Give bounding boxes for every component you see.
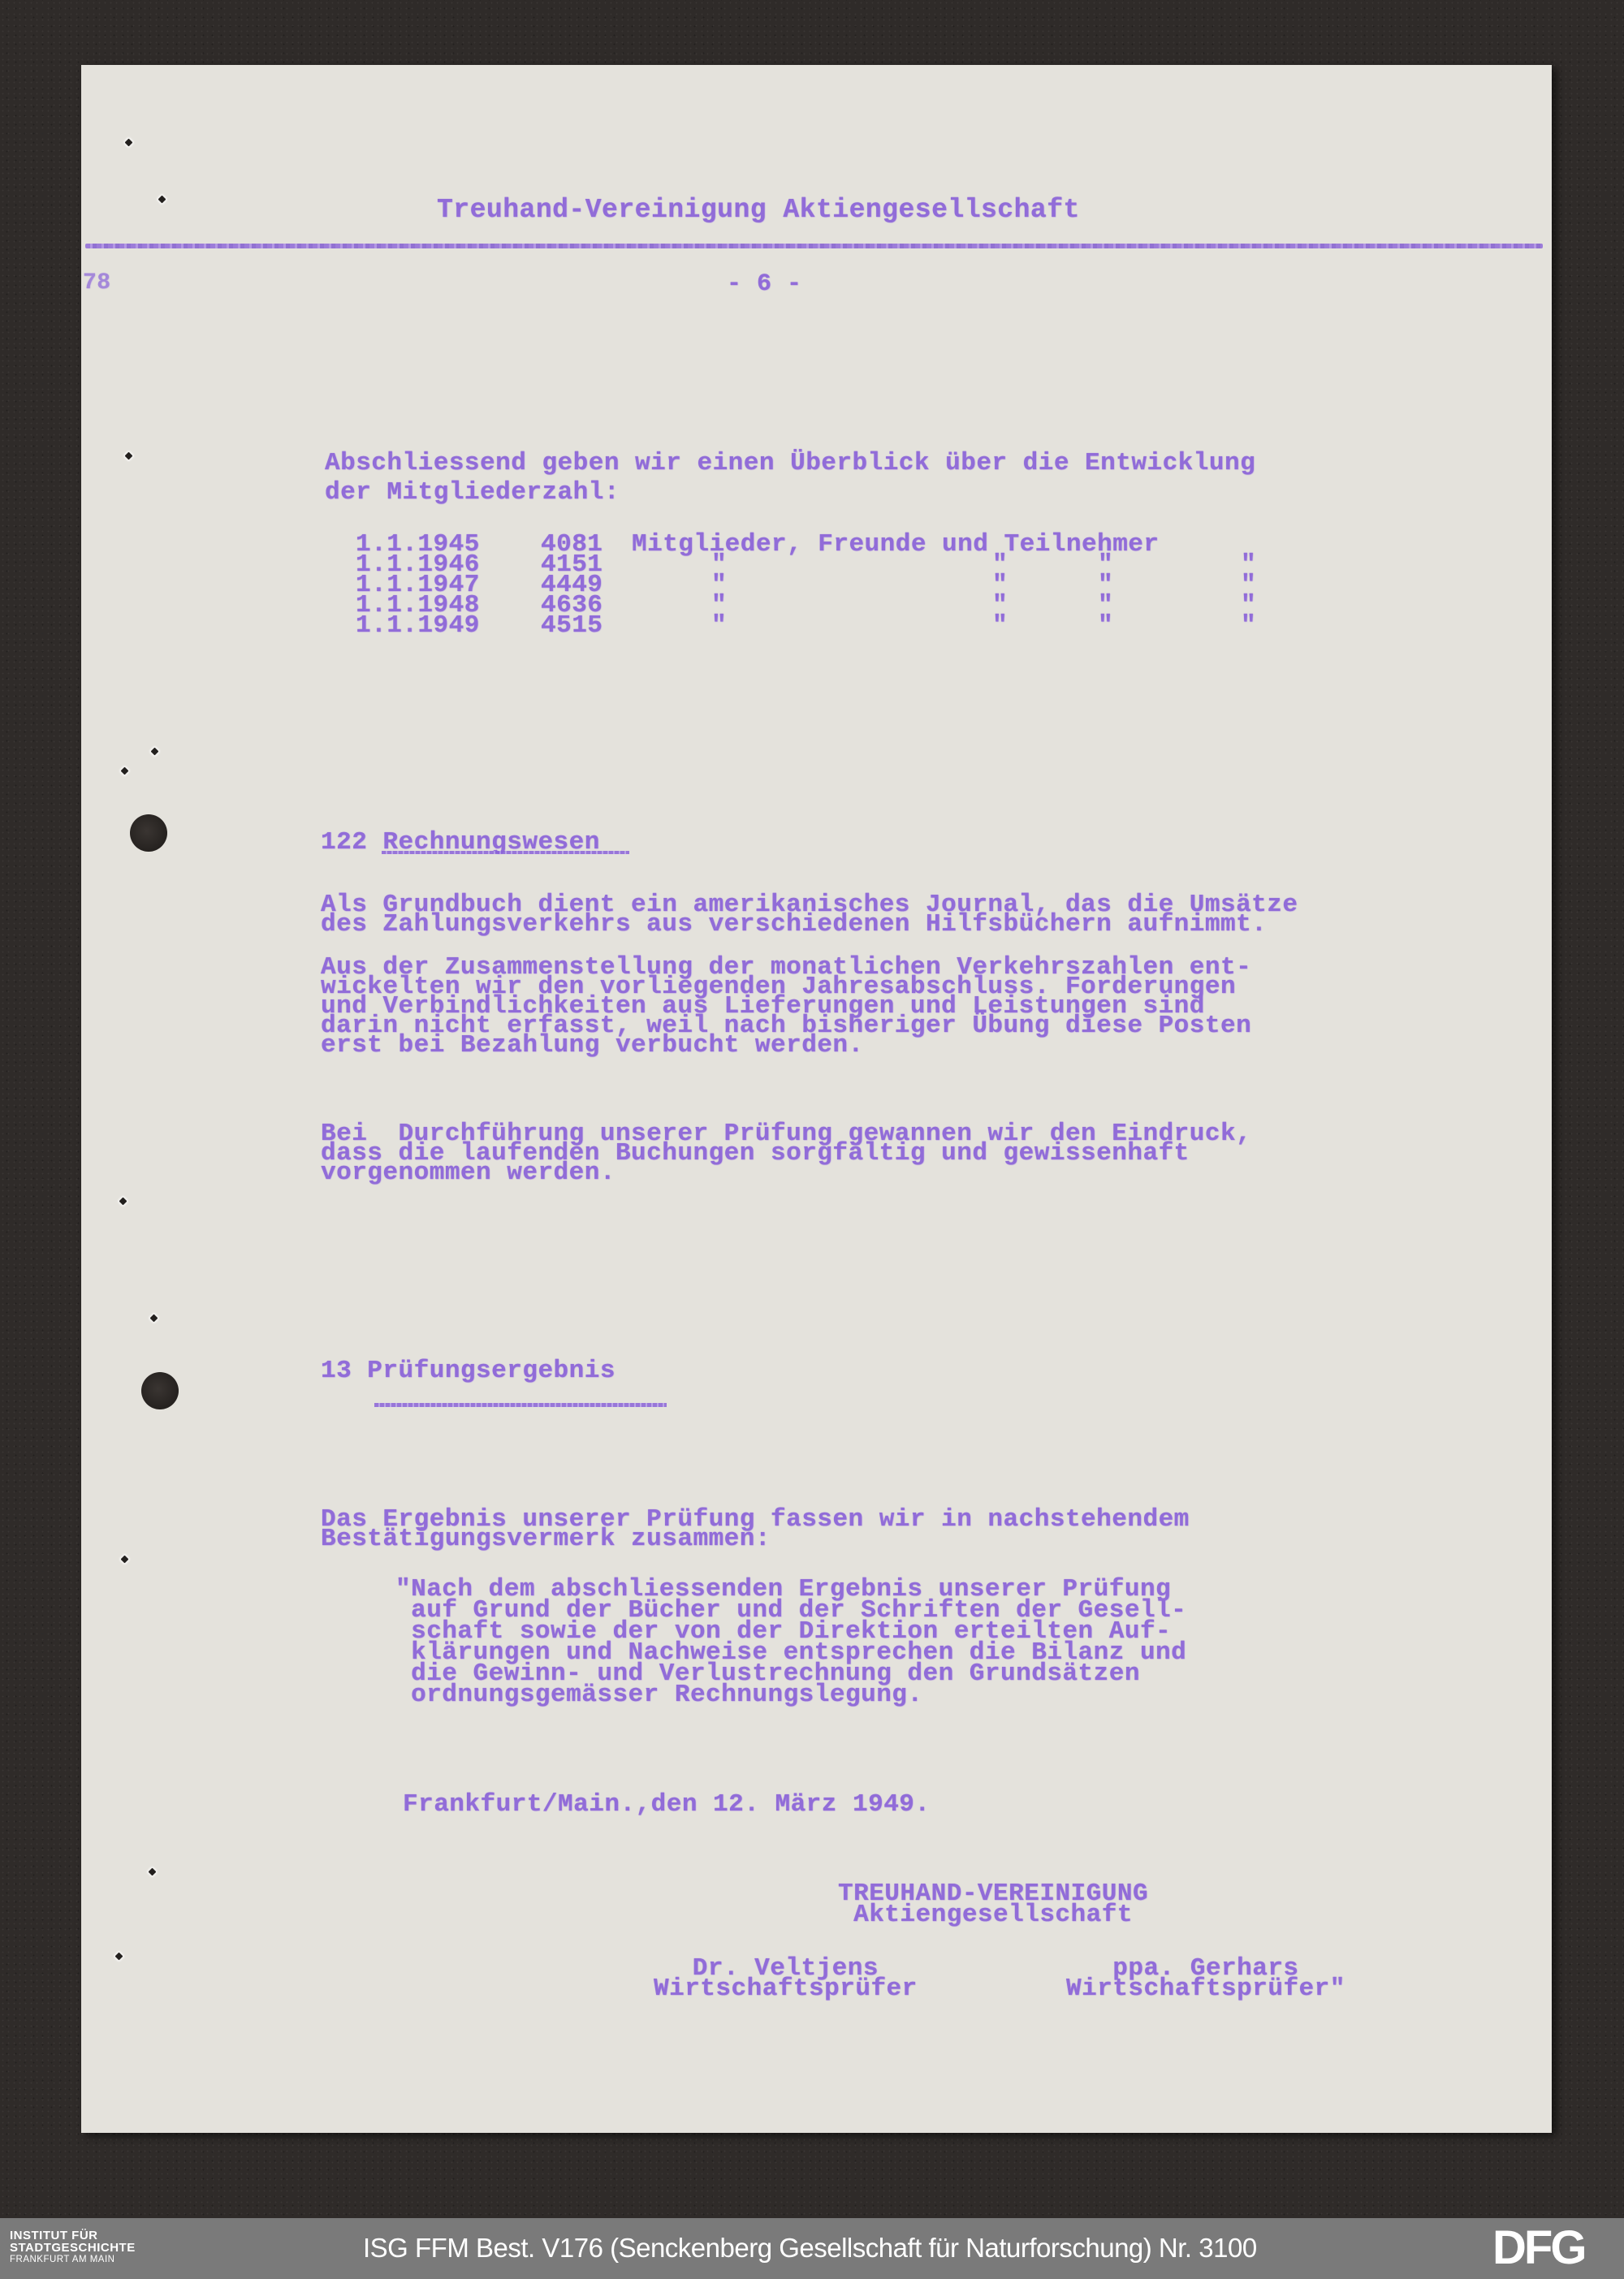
archive-caption: ISG FFM Best. V176 (Senckenberg Gesellsc… bbox=[363, 2233, 1257, 2264]
punch-mark bbox=[119, 1198, 127, 1206]
punch-mark bbox=[125, 452, 133, 460]
ditto-mark: " bbox=[992, 615, 1008, 636]
signature-organization: TREUHAND-VEREINIGUNG Aktiengesellschaft bbox=[838, 1884, 1148, 1926]
ditto-mark: " bbox=[711, 615, 727, 636]
page-number: - 6 - bbox=[727, 270, 802, 298]
paragraph: Bei Durchführung unserer Prüfung gewanne… bbox=[321, 1124, 1251, 1183]
row-count: 4515 bbox=[541, 615, 603, 636]
section-heading-pruefungsergebnis: 13 Prüfungsergebnis bbox=[321, 1357, 615, 1385]
signature-left: Dr. Veltjens Wirtschaftsprüfer bbox=[654, 1958, 918, 1999]
institute-name-line2: STADTGESCHICHTE bbox=[10, 2242, 136, 2254]
paragraph: Aus der Zusammenstellung der monatlichen… bbox=[321, 958, 1251, 1055]
paragraph: Das Ergebnis unserer Prüfung fassen wir … bbox=[321, 1510, 1190, 1549]
institute-logo: INSTITUT FÜR STADTGESCHICHTE FRANKFURT A… bbox=[10, 2229, 136, 2266]
audit-opinion-quote: "Nach dem abschliessenden Ergebnis unser… bbox=[395, 1579, 1186, 1706]
org-type: Aktiengesellschaft bbox=[853, 1901, 1133, 1929]
punch-mark bbox=[151, 748, 159, 756]
membership-intro: Abschliessend geben wir einen Überblick … bbox=[325, 449, 1255, 507]
binder-hole bbox=[130, 814, 167, 852]
punch-mark bbox=[115, 1953, 123, 1961]
punch-mark bbox=[150, 1314, 158, 1323]
heading-underline bbox=[382, 851, 629, 854]
punch-mark bbox=[149, 1868, 157, 1876]
archive-footer: INSTITUT FÜR STADTGESCHICHTE FRANKFURT A… bbox=[0, 2218, 1624, 2279]
punch-mark bbox=[121, 1556, 129, 1564]
signatory-title: Wirtschaftsprüfer" bbox=[1066, 1975, 1345, 2003]
place-date: Frankfurt/Main.,den 12. März 1949. bbox=[403, 1790, 931, 1819]
institute-name-line1: INSTITUT FÜR bbox=[10, 2229, 136, 2242]
heading-underline bbox=[374, 1403, 667, 1407]
paragraph: Als Grundbuch dient ein amerikanisches J… bbox=[321, 896, 1298, 934]
row-date: 1.1.1949 bbox=[356, 615, 480, 636]
signature-right: ppa. Gerhars Wirtschaftsprüfer" bbox=[1066, 1958, 1345, 1999]
institute-location: FRANKFURT AM MAIN bbox=[10, 2254, 136, 2266]
letterhead: Treuhand-Vereinigung Aktiengesellschaft bbox=[437, 195, 1080, 225]
ditto-mark: " bbox=[1241, 615, 1256, 636]
punch-mark bbox=[121, 767, 129, 775]
signatory-title: Wirtschaftsprüfer bbox=[654, 1975, 918, 2003]
page-reference: 78 bbox=[83, 270, 111, 296]
ditto-mark: " bbox=[1098, 615, 1113, 636]
punch-mark bbox=[158, 196, 166, 204]
document-page: Treuhand-Vereinigung Aktiengesellschaft … bbox=[81, 65, 1552, 2133]
dfg-logo: DFG bbox=[1492, 2223, 1584, 2273]
letterhead-rule bbox=[85, 244, 1543, 248]
binder-hole bbox=[141, 1372, 179, 1409]
punch-mark bbox=[125, 139, 133, 147]
